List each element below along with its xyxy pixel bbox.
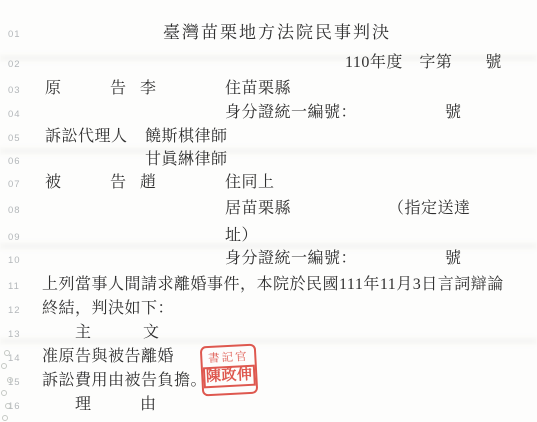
document-line: 01 臺灣苗栗地方法院民事判決: [0, 24, 537, 44]
document-line: 04 身分證統一編號： 號: [0, 104, 537, 124]
line-number: 08: [8, 205, 21, 216]
clerk-seal-name: 陳政伸: [203, 365, 257, 389]
ruling-text: 訴訟費用由被告負擔。: [42, 372, 207, 390]
scan-artifact: [1, 363, 7, 369]
section-heading: 主: [75, 324, 92, 342]
party-role: 告: [110, 80, 127, 98]
scan-artifact: [4, 350, 10, 356]
document-line: 09 址）: [0, 227, 537, 247]
party-role: 原: [45, 80, 62, 98]
party-name: 李: [140, 80, 157, 98]
line-number: 06: [8, 156, 21, 167]
scan-artifact: [5, 403, 11, 409]
id-number-label: 身分證統一編號：: [225, 104, 357, 122]
clerk-seal-stamp: 書記官 陳政伸: [200, 344, 259, 397]
id-number-suffix: 號: [445, 104, 462, 122]
attorney-name: 甘眞綝律師: [145, 151, 228, 169]
document-line: 13 主 文: [0, 324, 537, 344]
case-summary: 上列當事人間請求離婚事件，本院於民國111年11月3日言詞辯論: [42, 276, 504, 294]
line-number: 01: [8, 29, 21, 40]
document-line: 10 身分證統一編號： 號: [0, 250, 537, 270]
document-line: 14 准原告與被告離婚: [0, 348, 537, 368]
document-line: 16 理 由: [0, 396, 537, 416]
line-number: 05: [8, 133, 21, 144]
id-number-label: 身分證統一編號：: [225, 250, 357, 268]
line-number: 11: [8, 281, 20, 292]
line-number: 13: [8, 329, 21, 340]
line-number: 09: [8, 232, 21, 243]
document-line: 08 居苗栗縣 （指定送達: [0, 200, 537, 220]
case-number: 110年度 字第 號: [345, 54, 502, 72]
court-title: 臺灣苗栗地方法院民事判決: [163, 24, 391, 42]
party-name: 趙: [140, 174, 157, 192]
id-number-suffix: 號: [445, 250, 462, 268]
line-number: 07: [8, 179, 21, 190]
attorney-name: 饒斯棋律師: [145, 128, 228, 146]
document-line: 12 終結，判決如下：: [0, 300, 537, 320]
line-number: 14: [8, 353, 21, 364]
document-line: 03 原 告 李 住苗栗縣: [0, 80, 537, 100]
section-heading: 理: [75, 396, 92, 414]
document-line: 07 被 告 趙 住同上: [0, 174, 537, 194]
service-address-note: （指定送達: [388, 200, 471, 218]
scan-artifact: [2, 415, 8, 421]
section-heading: 文: [143, 324, 160, 342]
clerk-seal-title: 書記官: [208, 352, 249, 366]
line-number: 10: [8, 255, 21, 266]
ruling-text: 准原告與被告離婚: [42, 348, 174, 366]
line-number: 04: [8, 109, 21, 120]
case-summary: 終結，判決如下：: [42, 300, 174, 318]
document-line: 02 110年度 字第 號: [0, 54, 537, 74]
party-role: 被: [45, 174, 62, 192]
judgment-document-page: 01 臺灣苗栗地方法院民事判決 02 110年度 字第 號 03 原 告 李 住…: [0, 0, 537, 422]
document-line: 15 訴訟費用由被告負擔。: [0, 372, 537, 392]
party-address: 住同上: [225, 174, 275, 192]
document-line: 06 甘眞綝律師: [0, 151, 537, 171]
attorney-role: 訴訟代理人: [45, 128, 128, 146]
scan-artifact: [1, 390, 7, 396]
line-number: 02: [8, 59, 21, 70]
party-address: 居苗栗縣: [225, 200, 291, 218]
document-line: 11 上列當事人間請求離婚事件，本院於民國111年11月3日言詞辯論: [0, 276, 537, 296]
party-address: 住苗栗縣: [225, 80, 291, 98]
document-line: 05 訴訟代理人 饒斯棋律師: [0, 128, 537, 148]
line-number: 03: [8, 85, 21, 96]
scan-artifact: [7, 377, 13, 383]
line-number: 12: [8, 305, 21, 316]
party-role: 告: [110, 174, 127, 192]
service-address-note: 址）: [225, 227, 258, 245]
section-heading: 由: [140, 396, 157, 414]
